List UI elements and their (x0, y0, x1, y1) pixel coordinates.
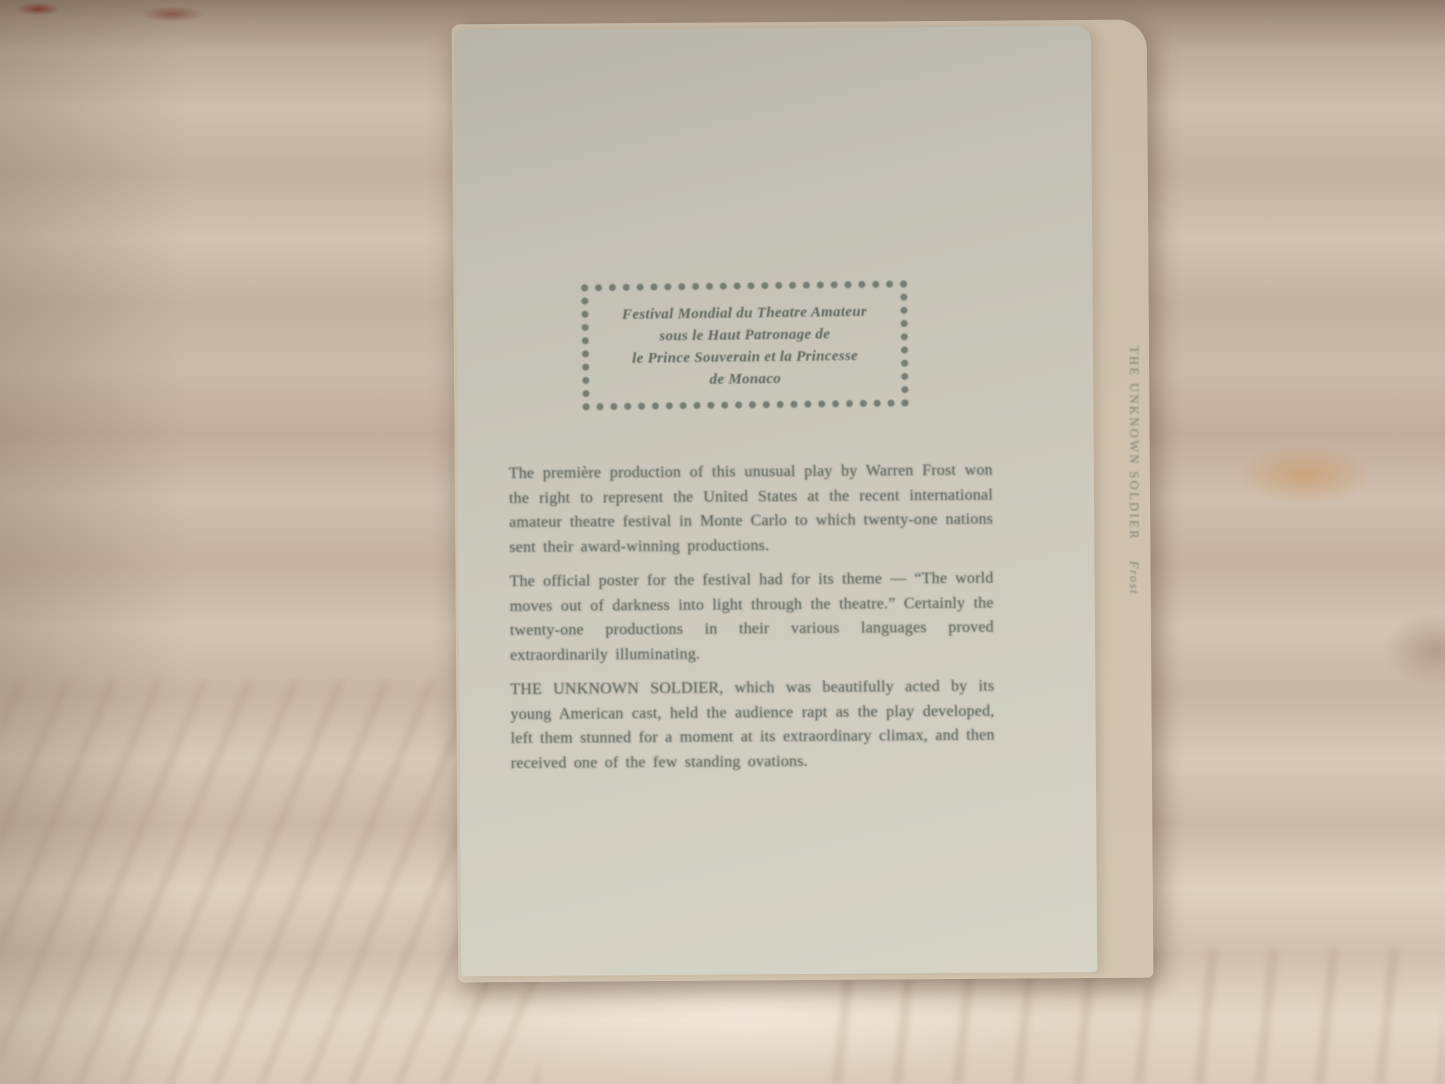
paragraph: THE UNKNOWN SOLDIER, which was beautiful… (510, 675, 995, 776)
paragraph: The official poster for the festival had… (509, 567, 994, 668)
programme-booklet: Festival Mondial du Theatre Amateur sous… (452, 20, 1154, 983)
spine-title: THE UNKNOWN SOLDIER (1127, 346, 1141, 541)
stamp-line: Festival Mondial du Theatre Amateur (596, 301, 892, 327)
programme-text: The première production of this unusual … (509, 459, 995, 786)
cover-spine-text: THE UNKNOWN SOLDIERFrost (1126, 346, 1141, 626)
stamp-line: le Prince Souverain et la Princesse (597, 345, 893, 371)
photo-of-programme-page: Festival Mondial du Theatre Amateur sous… (0, 0, 1445, 1084)
paragraph: The première production of this unusual … (509, 459, 994, 560)
festival-stamp-box: Festival Mondial du Theatre Amateur sous… (581, 280, 909, 410)
programme-page: Festival Mondial du Theatre Amateur sous… (455, 26, 1098, 976)
spine-author: Frost (1127, 561, 1141, 595)
stamp-line: de Monaco (597, 367, 893, 393)
